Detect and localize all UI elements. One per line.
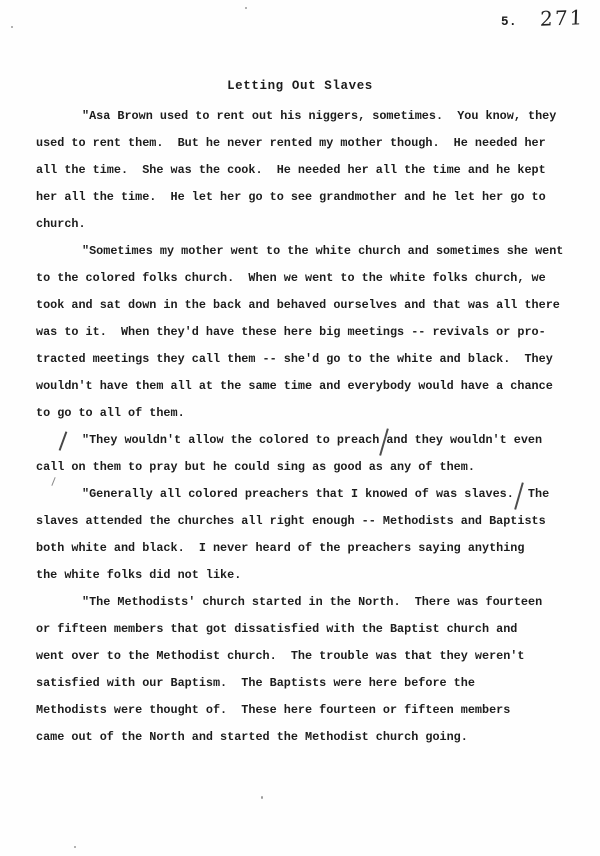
document-title: Letting Out Slaves (0, 79, 600, 93)
text-line: church. (36, 211, 580, 238)
scanned-document-page: 5. 271 Letting Out Slaves "Asa Brown use… (0, 0, 600, 856)
paper-speck (261, 796, 263, 799)
text-line: used to rent them. But he never rented m… (36, 130, 580, 157)
text-line: "Asa Brown used to rent out his niggers,… (36, 103, 580, 130)
text-line: wouldn't have them all at the same time … (36, 373, 580, 400)
text-line: to go to all of them. (36, 400, 580, 427)
text-line: tracted meetings they call them -- she'd… (36, 346, 580, 373)
document-body: "Asa Brown used to rent out his niggers,… (36, 103, 580, 751)
text-line: the white folks did not like. (36, 562, 580, 589)
text-line: came out of the North and started the Me… (36, 724, 580, 751)
text-line: Methodists were thought of. These here f… (36, 697, 580, 724)
stamped-folio-number: 271 (540, 5, 585, 31)
text-line: took and sat down in the back and behave… (36, 292, 580, 319)
text-line: satisfied with our Baptism. The Baptists… (36, 670, 580, 697)
pencil-slash-mark (59, 431, 67, 450)
paper-speck (245, 7, 247, 9)
text-line: slaves attended the churches all right e… (36, 508, 580, 535)
text-line: "The Methodists' church started in the N… (36, 589, 580, 616)
text-line: "Generally all colored preachers that I … (36, 481, 580, 508)
text-line: went over to the Methodist church. The t… (36, 643, 580, 670)
paper-speck (74, 846, 76, 848)
pencil-slash-mark (514, 481, 521, 508)
pencil-slash-mark (379, 427, 386, 454)
text-line: or fifteen members that got dissatisfied… (36, 616, 580, 643)
typed-page-number: 5. (501, 15, 517, 29)
text-line: was to it. When they'd have these here b… (36, 319, 580, 346)
text-line: her all the time. He let her go to see g… (36, 184, 580, 211)
paper-speck (11, 26, 13, 28)
text-line: both white and black. I never heard of t… (36, 535, 580, 562)
text-line: call on them to pray but he could sing a… (36, 454, 580, 481)
text-line: "They wouldn't allow the colored to prea… (36, 427, 580, 454)
text-line: to the colored folks church. When we wen… (36, 265, 580, 292)
text-line: all the time. She was the cook. He neede… (36, 157, 580, 184)
text-line: "Sometimes my mother went to the white c… (36, 238, 580, 265)
